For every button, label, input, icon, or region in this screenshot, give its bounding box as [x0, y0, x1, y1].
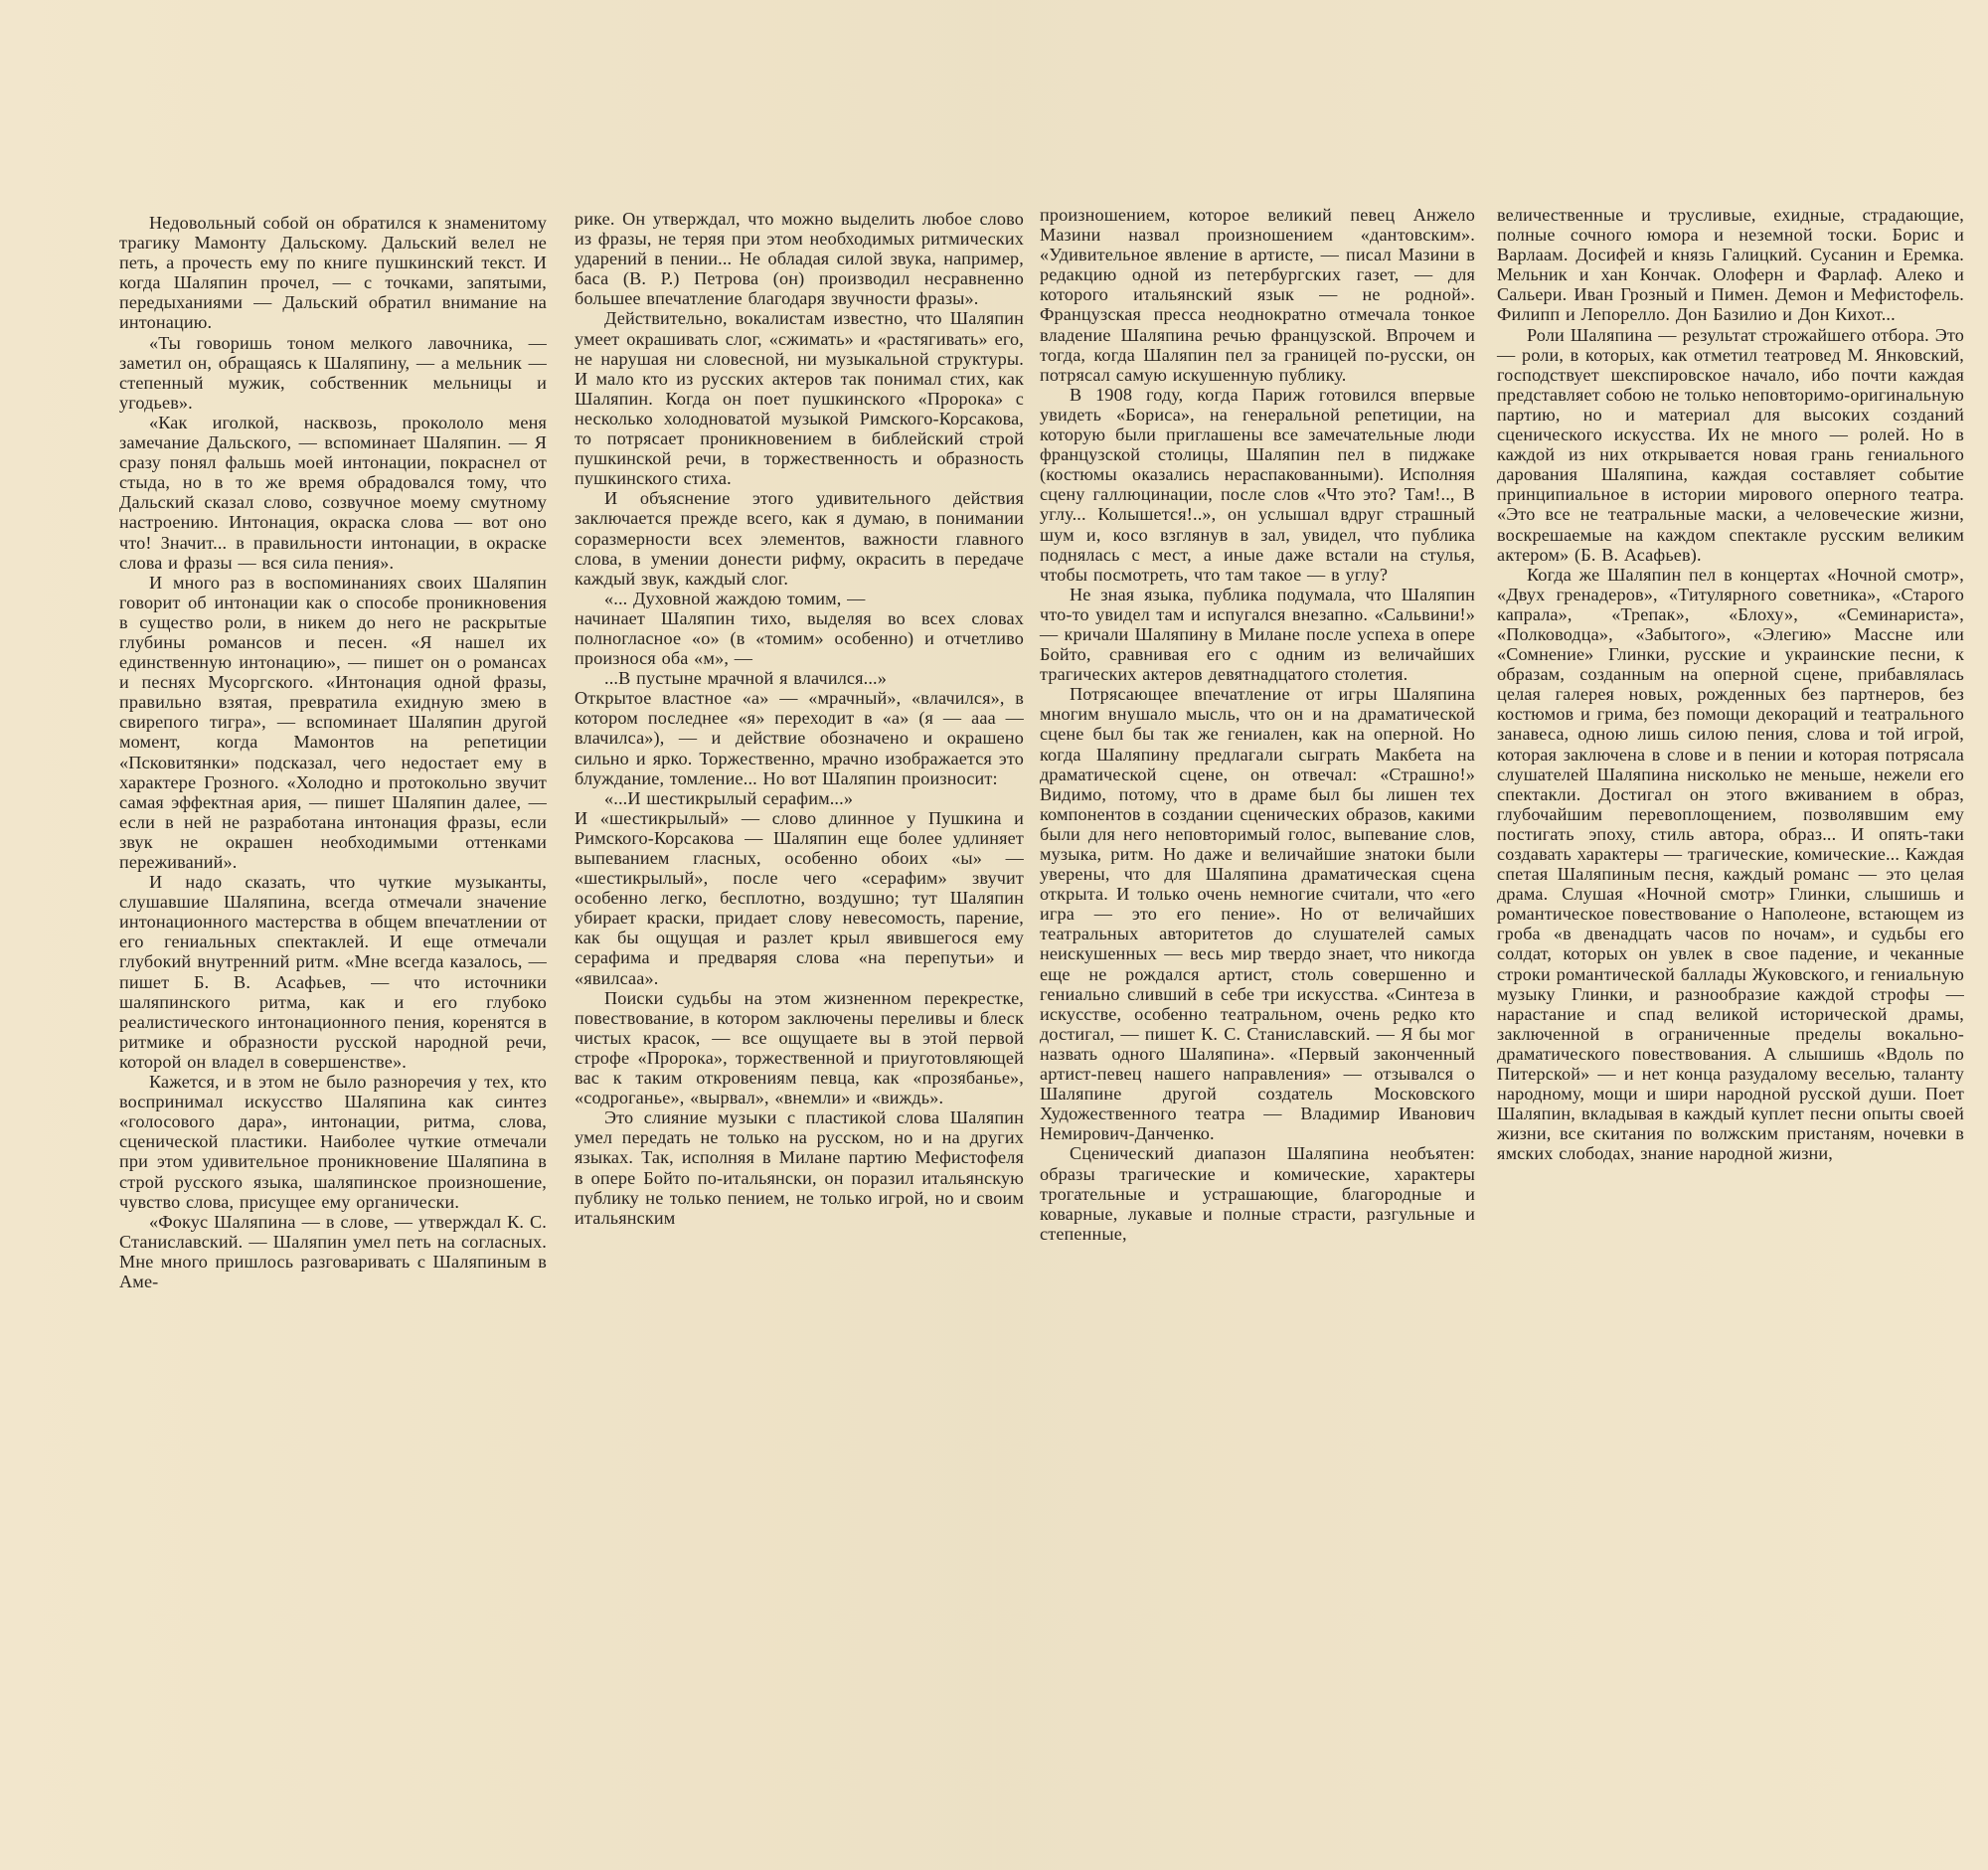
paragraph: Это слияние музыки с пластикой слова Шал… — [575, 1107, 1024, 1228]
paragraph: начинает Шаляпин тихо, выделяя во всех с… — [575, 608, 1024, 668]
paragraph: «Фокус Шаляпина — в слове, — утверждал К… — [119, 1212, 547, 1291]
paragraph: Кажется, и в этом не было разноречия у т… — [119, 1072, 547, 1212]
paragraph: Недовольный собой он обратился к знамени… — [119, 213, 547, 333]
paragraph: «Как иголкой, насквозь, прокололо меня з… — [119, 413, 547, 573]
verse-line: «... Духовной жаждою томим, — — [575, 589, 1024, 608]
paragraph: Потрясающее впечатление от игры Шаляпина… — [1040, 684, 1475, 1143]
paragraph: И надо сказать, что чуткие музыканты, сл… — [119, 872, 547, 1072]
paragraph: И много раз в воспоминаниях своих Шаляпи… — [119, 573, 547, 872]
verse-line: «...И шестикрылый серафим...» — [575, 788, 1024, 808]
paragraph: И объяснение этого удивительного действи… — [575, 488, 1024, 588]
paragraph: величественные и трусливые, ехидные, стр… — [1497, 205, 1964, 325]
text-column-2: рике. Он утверждал, что можно выделить л… — [575, 209, 1024, 1228]
paragraph: Не зная языка, публика подумала, что Шал… — [1040, 585, 1475, 684]
paragraph: Сценический диапазон Шаляпина необъятен:… — [1040, 1143, 1475, 1243]
paragraph: рике. Он утверждал, что можно выделить л… — [575, 209, 1024, 308]
paragraph: Поиски судьбы на этом жизненном перекрес… — [575, 988, 1024, 1108]
paragraph: Действительно, вокалистам известно, что … — [575, 308, 1024, 488]
paragraph: В 1908 году, когда Париж готовился вперв… — [1040, 385, 1475, 585]
document-page: Недовольный собой он обратился к знамени… — [0, 0, 1988, 1870]
paragraph: «Ты говоришь тоном мелкого лавочника, — … — [119, 333, 547, 413]
paragraph: произношением, которое великий певец Анж… — [1040, 205, 1475, 385]
paragraph: И «шестикрылый» — слово длинное у Пушкин… — [575, 808, 1024, 988]
paragraph: Когда же Шаляпин пел в концертах «Ночной… — [1497, 565, 1964, 1164]
text-column-4: величественные и трусливые, ехидные, стр… — [1497, 205, 1964, 1164]
paragraph: Открытое властное «а» — «мрачный», «влач… — [575, 688, 1024, 787]
paragraph: Роли Шаляпина — результат строжайшего от… — [1497, 325, 1964, 565]
text-column-3: произношением, которое великий певец Анж… — [1040, 205, 1475, 1244]
text-column-1: Недовольный собой он обратился к знамени… — [119, 213, 547, 1291]
verse-line: ...В пустыне мрачной я влачился...» — [575, 668, 1024, 688]
